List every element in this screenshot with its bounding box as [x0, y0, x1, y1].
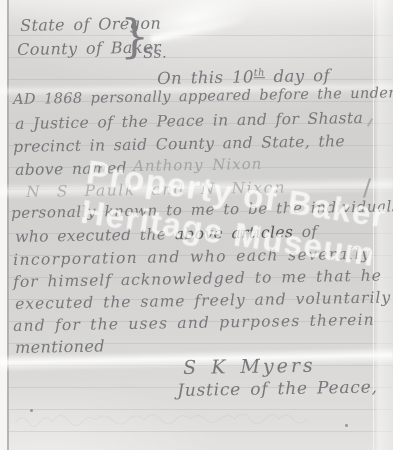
line-mentioned: mentioned	[15, 338, 105, 356]
left-paper-edge	[0, 0, 7, 450]
line-date-after: day of	[273, 66, 330, 86]
line-date: On this 10th day of	[157, 67, 330, 87]
jurat-ss: Ss.	[143, 46, 167, 62]
ghost-writing	[14, 408, 344, 430]
ink-speck	[30, 409, 33, 412]
left-margin-line	[7, 0, 9, 450]
line-date-sup: th	[254, 68, 265, 79]
signature-name: S K Myers	[183, 357, 316, 379]
line-date-before: On this 10	[157, 67, 254, 88]
signature-title: Justice of the Peace,	[177, 379, 378, 400]
document-scan: State of Oregon County of Baker } Ss. On…	[0, 0, 393, 450]
ink-speck	[345, 424, 348, 427]
